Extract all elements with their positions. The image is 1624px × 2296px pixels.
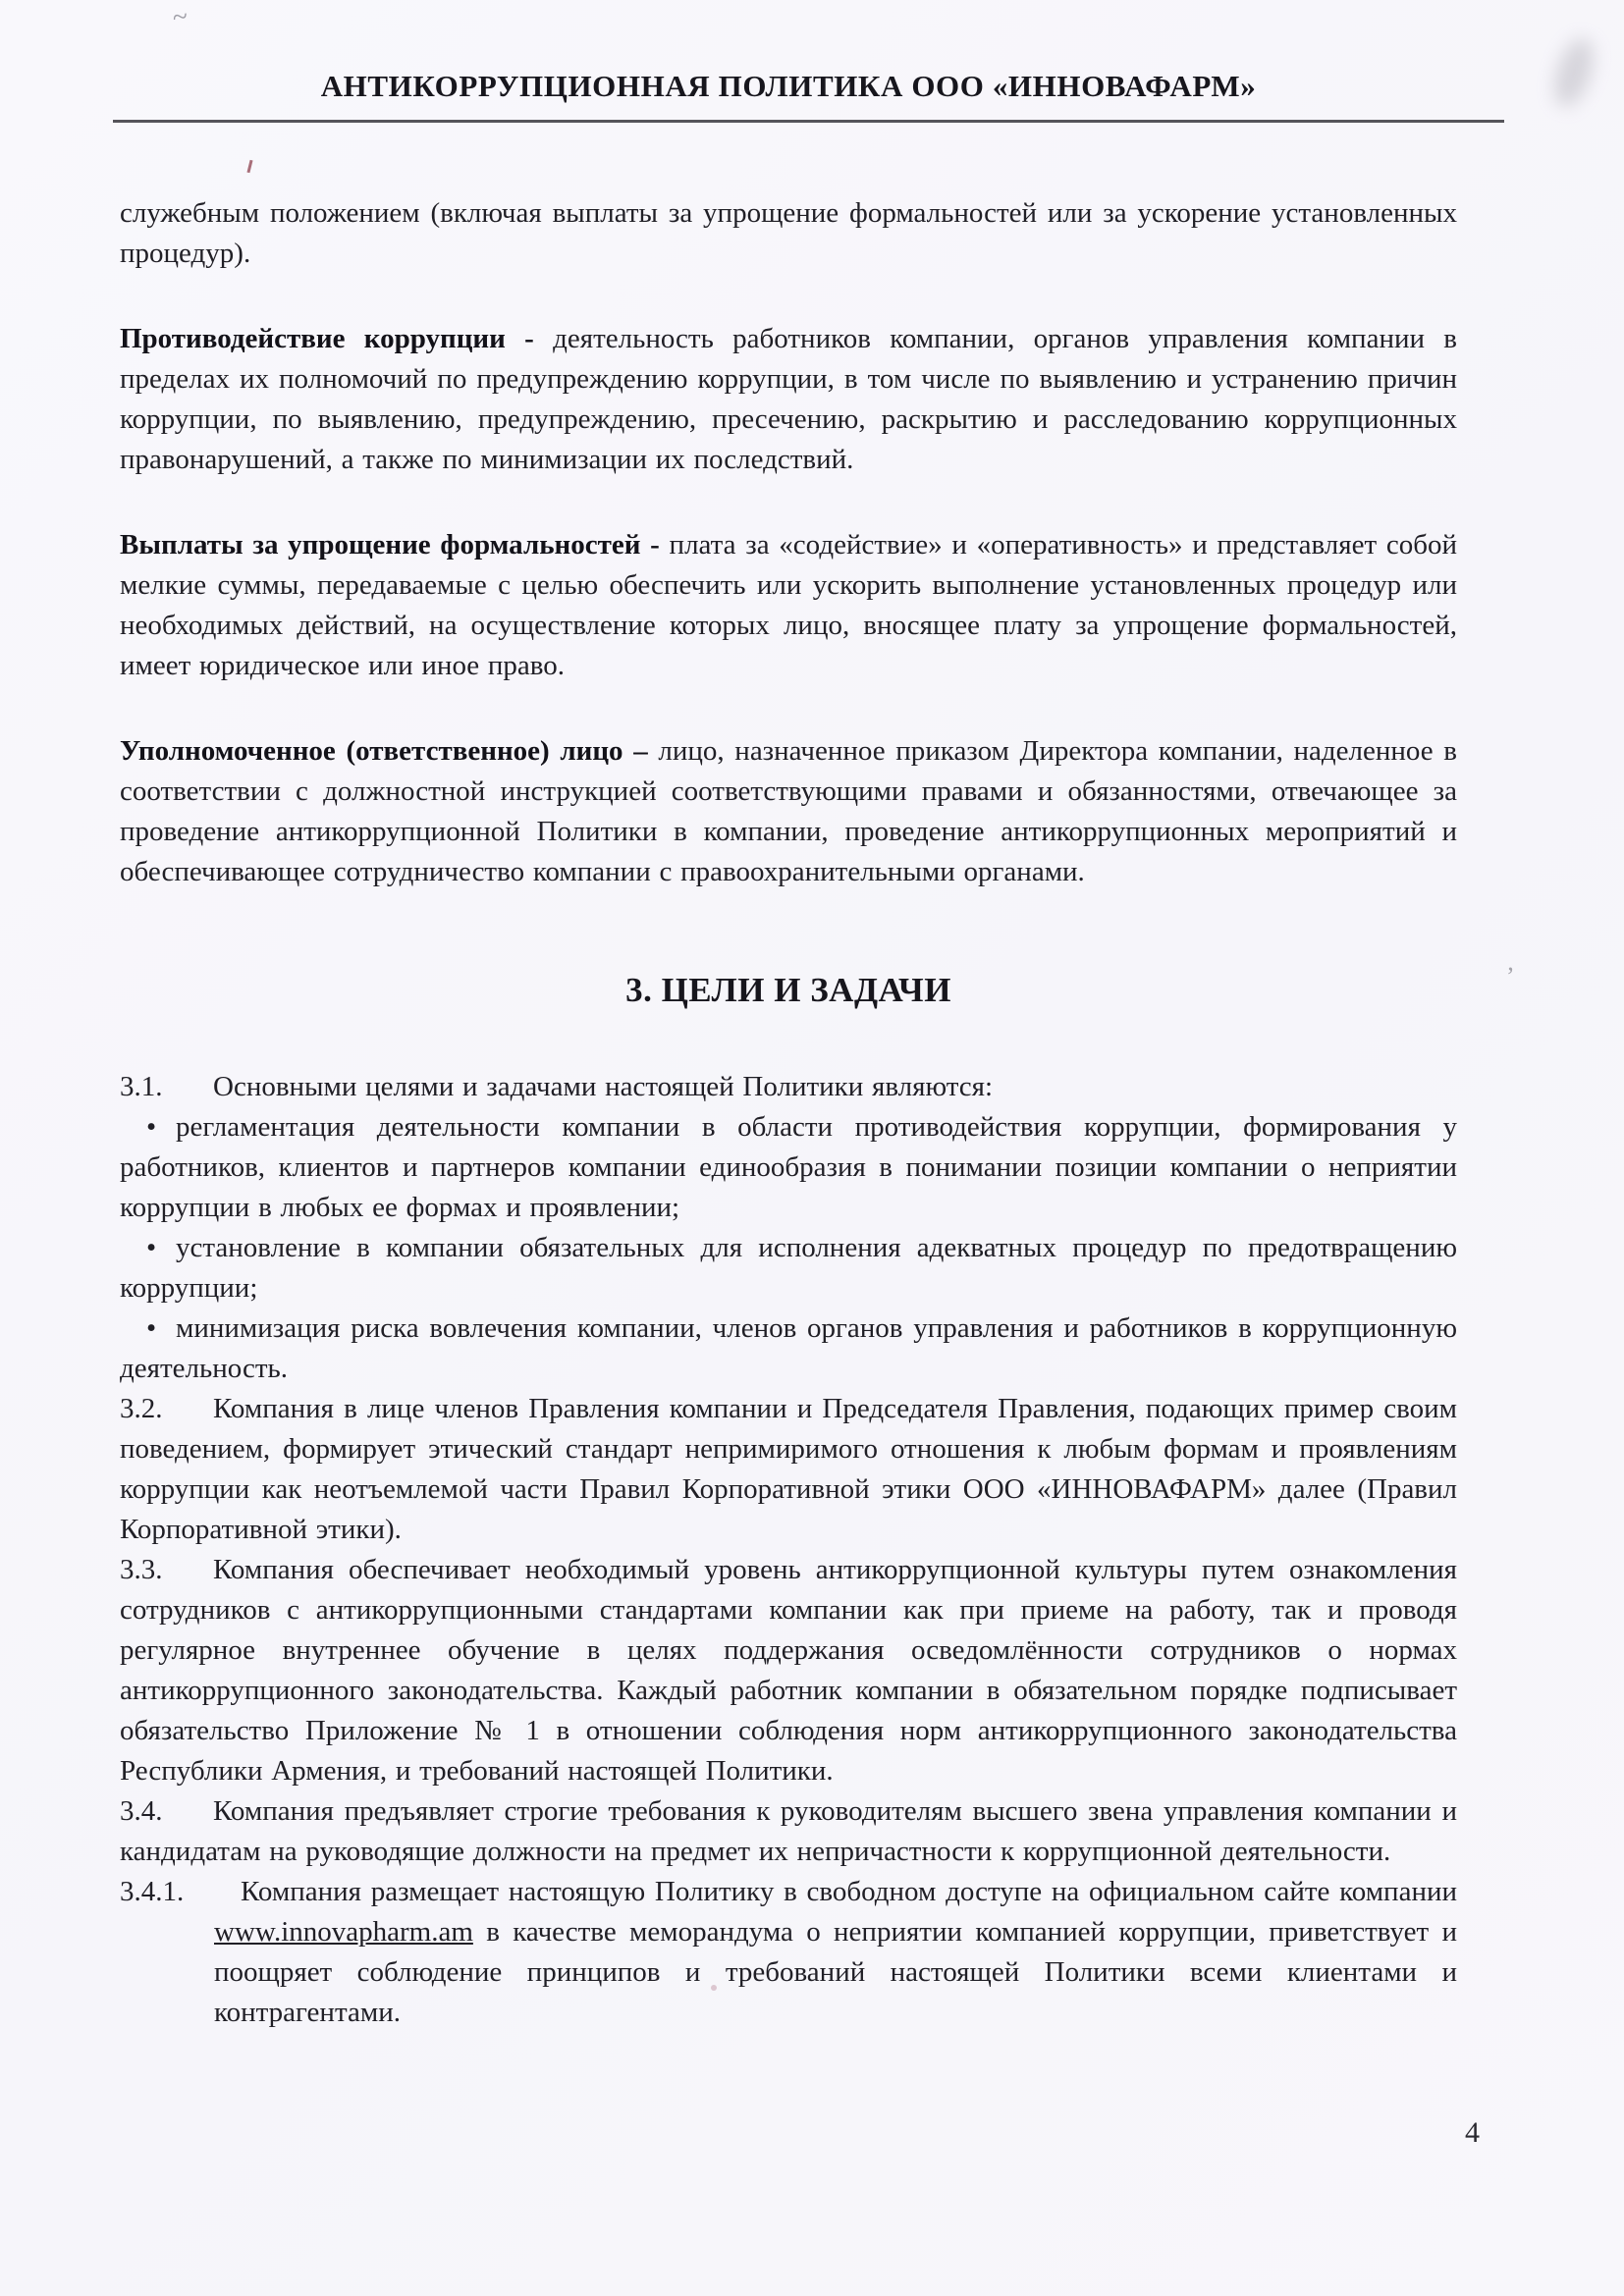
paragraph-definition-continuation: служебным положением (включая выплаты за… (120, 193, 1457, 274)
bullet-text: регламентация деятельности компании в об… (120, 1111, 1457, 1223)
clause-3-4: 3.4.Компания предъявляет строгие требова… (120, 1791, 1457, 1872)
title-divider-line (113, 120, 1504, 123)
clause-3-4-1: 3.4.1.Компания размещает настоящую Полит… (120, 1872, 1457, 2033)
scanned-document-page: ~ ’ АНТИКОРРУПЦИОННАЯ ПОЛИТИКА ООО «ИННО… (0, 0, 1624, 2296)
scan-mark-apostrophe: ’ (1506, 962, 1515, 991)
clause-3-3: 3.3.Компания обеспечивает необходимый ур… (120, 1550, 1457, 1791)
clause-text: Основными целями и задачами настоящей По… (213, 1071, 993, 1102)
document-body: АНТИКОРРУПЦИОННАЯ ПОЛИТИКА ООО «ИННОВАФА… (0, 0, 1624, 2033)
clause-number: 3.3. (120, 1550, 213, 1590)
clause-text: Компания размещает настоящую Политику в … (241, 1876, 1457, 1907)
term-separator: – (623, 735, 659, 767)
clause-text: Компания обеспечивает необходимый уровен… (120, 1554, 1457, 1787)
clause-text: Компания в лице членов Правления компани… (120, 1393, 1457, 1545)
scan-mark-dot (711, 1985, 717, 1991)
bullet-item-risk-minimization: •минимизация риска вовлечения компании, … (120, 1308, 1457, 1389)
document-title: АНТИКОРРУПЦИОННАЯ ПОЛИТИКА ООО «ИННОВАФА… (120, 69, 1457, 104)
bullet-icon: • (120, 1107, 176, 1148)
term-lead: Противодействие коррупции (120, 323, 506, 354)
clause-3-2: 3.2.Компания в лице членов Правления ком… (120, 1389, 1457, 1550)
term-lead: Уполномоченное (ответственное) лицо (120, 735, 623, 767)
term-separator: - (640, 529, 669, 561)
clause-number: 3.1. (120, 1067, 213, 1107)
page-number: 4 (1465, 2116, 1480, 2150)
clause-number: 3.2. (120, 1389, 213, 1429)
clause-number: 3.4. (120, 1791, 213, 1832)
bullet-icon: • (120, 1308, 176, 1349)
clause-text: Компания предъявляет строгие требования … (120, 1795, 1457, 1867)
bullet-item-procedures: •установление в компании обязательных дл… (120, 1228, 1457, 1308)
paragraph-definition-counteraction: Противодействие коррупции - деятельность… (120, 319, 1457, 480)
clause-number: 3.4.1. (120, 1872, 241, 1912)
bullet-icon: • (120, 1228, 176, 1268)
company-website-link[interactable]: www.innovapharm.am (214, 1916, 473, 1948)
term-lead: Выплаты за упрощение формальностей (120, 529, 640, 561)
paragraph-definition-authorized-person: Уполномоченное (ответственное) лицо – ли… (120, 731, 1457, 892)
paragraph-text: служебным положением (включая выплаты за… (120, 197, 1457, 269)
section-heading-goals: 3. ЦЕЛИ И ЗАДАЧИ (120, 971, 1457, 1010)
clause-3-1: 3.1.Основными целями и задачами настояще… (120, 1067, 1457, 1107)
term-separator: - (506, 323, 553, 354)
paragraph-definition-facilitation-payments: Выплаты за упрощение формальностей - пла… (120, 525, 1457, 686)
bullet-text: минимизация риска вовлечения компании, ч… (120, 1312, 1457, 1384)
bullet-item-regulation: •регламентация деятельности компании в о… (120, 1107, 1457, 1228)
bullet-text: установление в компании обязательных для… (120, 1232, 1457, 1304)
